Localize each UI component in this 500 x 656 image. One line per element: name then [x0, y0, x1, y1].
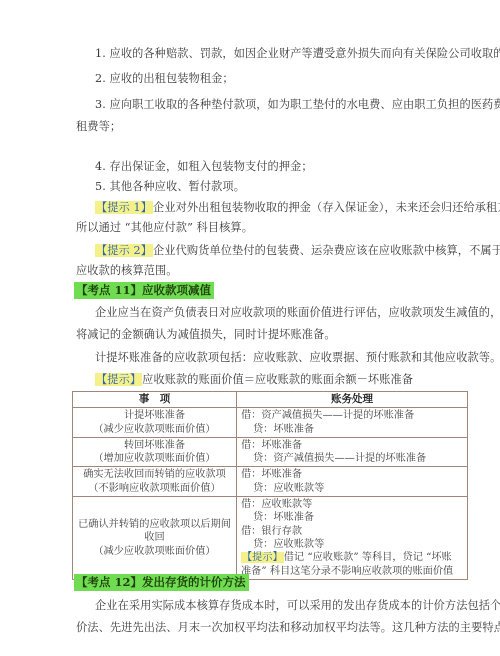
list-item-3-cont: 租费等；	[76, 120, 121, 134]
row-item: 转回坏账准备 （增加应收款项账面价值）	[73, 437, 237, 467]
hint-2-tag: 【提示 2】	[95, 244, 153, 257]
section-11-hint-text: 应收账款的账面价值＝应收账款的账面余额－坏账准备	[142, 373, 413, 386]
header-item: 事 项	[73, 392, 237, 408]
row-processing: 借：应收账款等 贷：坏账准备 借：银行存款 贷：应收账款等 【提示】借记 “应收…	[237, 497, 468, 580]
row-item: 计提坏账准备 （减少应收款项账面价值）	[73, 408, 237, 438]
item-title: 已确认并转销的应收款项以后期间收回	[77, 518, 232, 545]
row-hint: 【提示】借记 “应收账款” 等科目，贷记 “坏账	[241, 551, 463, 564]
hint-2-text: 企业代购货单位垫付的包装费、运杂费应该在应收账款中核算，不属于其他	[153, 244, 500, 257]
row-item: 已确认并转销的应收款项以后期间收回 （减少应收款项账面价值）	[73, 497, 237, 580]
row-processing: 借：资产减值损失——计提的坏账准备 贷：坏账准备	[237, 408, 468, 438]
section-11-hint-tag: 【提示】	[95, 373, 142, 386]
row-processing: 借：坏账准备 贷：应收账款等	[237, 467, 468, 497]
credit-entry: 贷：应收账款等	[241, 538, 463, 551]
row-hint-text: 借记 “应收账款” 等科目，贷记 “坏账	[284, 552, 452, 563]
section-11-para2: 计提坏账准备的应收款项包括：应收账款、应收票据、预付账款和其他应收款等。	[95, 351, 500, 365]
credit-entry: 贷：坏账准备	[241, 511, 463, 524]
debit-entry: 借：坏账准备	[241, 439, 463, 452]
accounting-entries-table: 事 项 账务处理 计提坏账准备 （减少应收款项账面价值） 借：资产减值损失——计…	[72, 391, 468, 580]
item-note: （不影响应收款项账面价值）	[77, 482, 232, 495]
hint-1: 【提示 1】企业对外出租包装物收取的押金（存入保证金），未来还会归还给承租方，	[95, 201, 500, 215]
item-note: （减少应收款项账面价值）	[77, 545, 232, 558]
item-note: （减少应收款项账面价值）	[77, 423, 232, 436]
table-row: 确实无法收回而转销的应收款项 （不影响应收款项账面价值） 借：坏账准备 贷：应收…	[73, 467, 468, 497]
credit-entry: 贷：坏账准备	[241, 423, 463, 436]
section-12-para: 企业在采用实际成本核算存货成本时，可以采用的发出存货成本的计价方法包括个别计	[95, 599, 500, 613]
section-11-heading: 【考点 11】应收款项减值	[74, 282, 214, 299]
section-12-heading: 【考点 12】发出存货的计价方法	[74, 574, 249, 591]
table-row: 转回坏账准备 （增加应收款项账面价值） 借：坏账准备 贷：资产减值损失——计提的…	[73, 437, 468, 467]
item-title: 计提坏账准备	[77, 409, 232, 422]
debit-entry: 借：应收账款等	[241, 498, 463, 511]
section-11-para1: 企业应当在资产负债表日对应收款项的账面价值进行评估，应收款项发生减值的，应当	[95, 306, 500, 320]
item-note: （增加应收款项账面价值）	[77, 452, 232, 465]
row-hint-cont: 准备” 科目这笔分录不影响应收款项的账面价值	[241, 565, 463, 578]
list-item-3: 3. 应向职工收取的各种垫付款项，如为职工垫付的水电费、应由职工负担的医药费、房	[95, 98, 500, 112]
row-hint-tag: 【提示】	[241, 552, 284, 563]
hint-1-text: 企业对外出租包装物收取的押金（存入保证金），未来还会归还给承租方，	[153, 201, 500, 214]
hint-2: 【提示 2】企业代购货单位垫付的包装费、运杂费应该在应收账款中核算，不属于其他	[95, 244, 500, 258]
table-header-row: 事 项 账务处理	[73, 392, 468, 408]
credit-entry: 贷：资产减值损失——计提的坏账准备	[241, 452, 463, 465]
item-title: 转回坏账准备	[77, 439, 232, 452]
hint-1-cont: 所以通过 “其他应付款” 科目核算。	[76, 221, 253, 235]
section-12-para-cont: 价法、先进先出法、月末一次加权平均法和移动加权平均法等。这几种方法的主要特点如下…	[76, 621, 500, 635]
debit-entry: 借：银行存款	[241, 525, 463, 538]
list-item-2: 2. 应收的出租包装物租金；	[95, 72, 234, 86]
list-item-1: 1. 应收的各种赔款、罚款，如因企业财产等遭受意外损失而向有关保险公司收取的赔款…	[95, 47, 500, 61]
list-item-5: 5. 其他各种应收、暂付款项。	[95, 180, 245, 194]
row-processing: 借：坏账准备 贷：资产减值损失——计提的坏账准备	[237, 437, 468, 467]
debit-entry: 借：坏账准备	[241, 468, 463, 481]
debit-entry: 借：资产减值损失——计提的坏账准备	[241, 409, 463, 422]
row-item: 确实无法收回而转销的应收款项 （不影响应收款项账面价值）	[73, 467, 237, 497]
list-item-4: 4. 存出保证金，如租入包装物支付的押金；	[95, 160, 313, 174]
document-page: 1. 应收的各种赔款、罚款，如因企业财产等遭受意外损失而向有关保险公司收取的赔款…	[0, 0, 500, 656]
item-title: 确实无法收回而转销的应收款项	[77, 468, 232, 481]
header-processing: 账务处理	[237, 392, 468, 408]
credit-entry: 贷：应收账款等	[241, 482, 463, 495]
hint-2-cont: 应收款的核算范围。	[76, 264, 178, 278]
hint-1-tag: 【提示 1】	[95, 201, 153, 214]
table-row: 已确认并转销的应收款项以后期间收回 （减少应收款项账面价值） 借：应收账款等 贷…	[73, 497, 468, 580]
section-11-para1-cont: 将减记的金额确认为减值损失，同时计提坏账准备。	[76, 328, 336, 342]
table-row: 计提坏账准备 （减少应收款项账面价值） 借：资产减值损失——计提的坏账准备 贷：…	[73, 408, 468, 438]
section-11-hint: 【提示】应收账款的账面价值＝应收账款的账面余额－坏账准备	[95, 373, 413, 387]
